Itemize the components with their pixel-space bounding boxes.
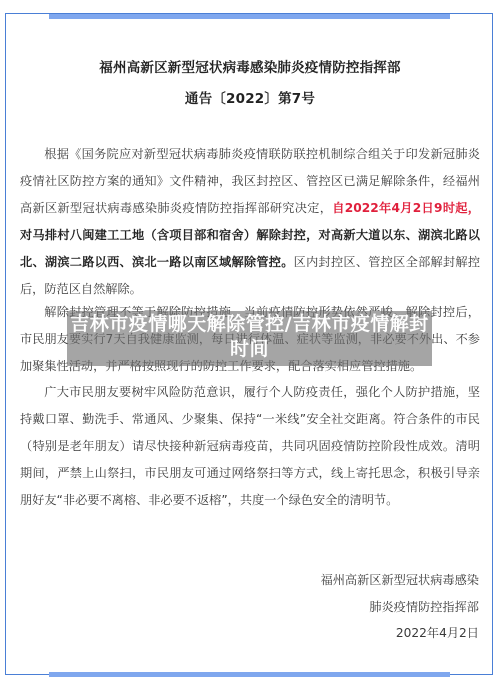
top-accent-bar: [49, 14, 450, 19]
effective-time-highlight: 自2022年4月2日9时起，: [332, 201, 480, 215]
signature-line-1: 福州高新区新型冠状病毒感染: [321, 571, 479, 588]
notice-number: 通告〔2022〕第7号: [0, 87, 500, 107]
paragraph-decision: 根据《国务院应对新型冠状病毒肺炎疫情联防联控机制综合组关于印发新冠肺炎疫情社区防…: [20, 141, 480, 303]
signature-line-2: 肺炎疫情防控指挥部: [369, 598, 479, 615]
bottom-accent-bar: [49, 672, 450, 677]
public-advice-text: 广大市民朋友要树牢风险防范意识，履行个人防疫责任，强化个人防护措施，坚持戴口罩、…: [20, 385, 480, 507]
document-title: 福州高新区新型冠状病毒感染肺炎疫情防控指挥部: [0, 56, 500, 76]
caption-overlay-text: 吉林市疫情哪天解除管控/吉林市疫情解封时间: [67, 312, 432, 362]
paragraph-public-advice: 广大市民朋友要树牢风险防范意识，履行个人防疫责任，强化个人防护措施，坚持戴口罩、…: [20, 379, 480, 514]
signature-date: 2022年4月2日: [396, 624, 479, 641]
